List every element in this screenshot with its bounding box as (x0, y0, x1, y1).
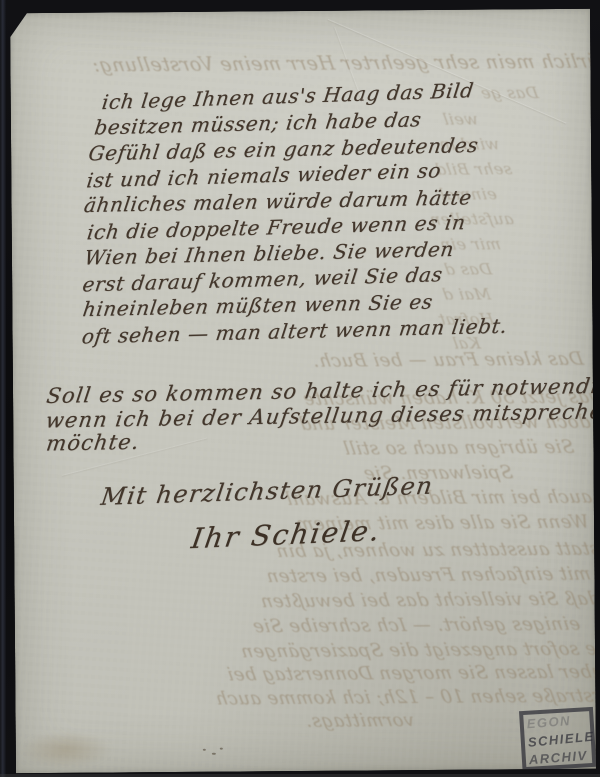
verso-line: Das kleine Frau — bei Buch. (311, 351, 585, 371)
verso-line: vormittags. (304, 712, 416, 731)
verso-bleedthrough-layer: Natürlich mein sehr geehrter Herr meine … (10, 9, 590, 14)
signature: Ihr Schiele. (189, 517, 383, 553)
letter-line: oft sehen — man altert wenn man liebt. (81, 316, 509, 347)
letter-line: möchte. (45, 432, 141, 455)
stamp-line: SCHIELE (527, 730, 588, 749)
ink-speck (212, 753, 216, 755)
verso-line: weil (442, 112, 480, 128)
archive-stamp: EGON SCHIELE ARCHIV (519, 707, 596, 771)
ink-speck (220, 748, 223, 750)
verso-line: einiges gehört. — Ich schreibe Sie (251, 616, 581, 637)
letter-page: Natürlich mein sehr geehrter Herr meine … (10, 9, 596, 774)
verso-line: das mit einfachen Freuden, bei ersten (265, 565, 600, 586)
verso-line: Sie übrigen auch so still (342, 439, 576, 459)
verso-line: Das d (443, 262, 494, 278)
letter-line: besitzen müssen; ich habe das (93, 109, 423, 137)
verso-line: aber lassen Sie morgen Donnerstag bei (226, 664, 600, 685)
verso-line: Mariahilferstraße sehen 10 – 12h; ich ko… (214, 687, 600, 709)
letter-body: ich lege Ihnen aus's Haag das Bild besit… (10, 9, 590, 14)
letter-line: hineinleben müßten wenn Sie es (82, 292, 435, 320)
scan-frame: Natürlich mein sehr geehrter Herr meine … (0, 0, 600, 777)
letter-line: ist und ich niemals wieder ein so (85, 160, 442, 190)
verso-line: daß Sie vielleicht das bei bewußten (259, 591, 600, 612)
stamp-line: EGON (526, 713, 587, 731)
verso-line: Mai d (441, 287, 492, 303)
verso-line: sehr Bild (434, 161, 513, 178)
stamp-line: ARCHIV (528, 749, 589, 767)
scanner-edge-strip (0, 0, 6, 777)
verso-line: wie sofort angezeigt die Spaziergängen (240, 641, 600, 662)
paper-stain (18, 731, 113, 770)
ink-speck (203, 749, 206, 751)
